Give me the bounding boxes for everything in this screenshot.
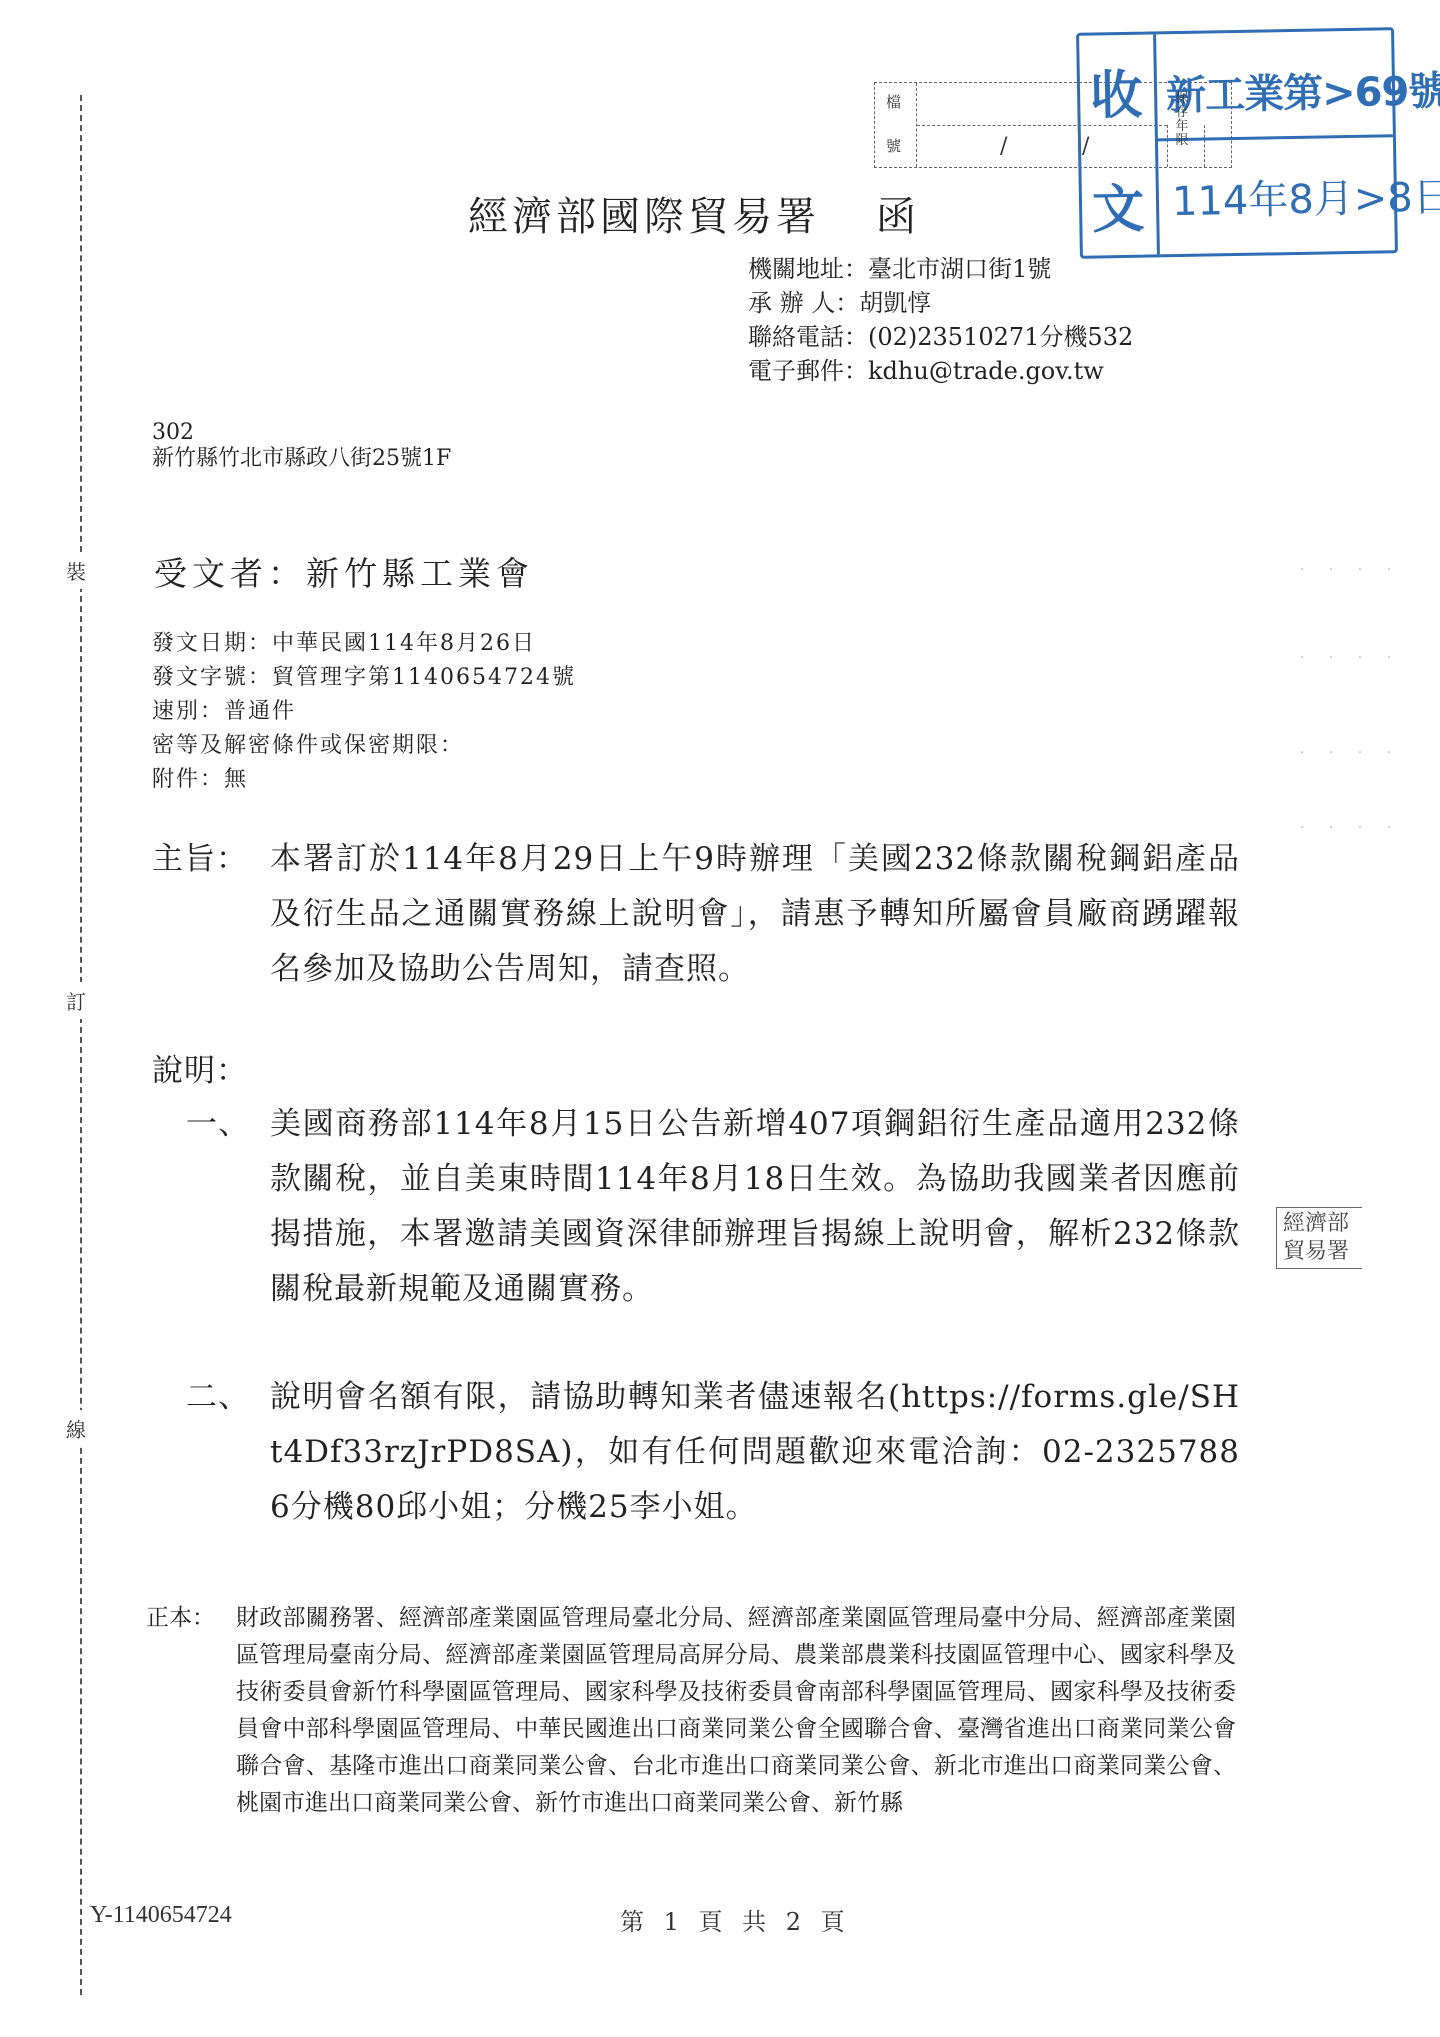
stamp-char-document: 文: [1091, 167, 1144, 243]
sender-email-value: kdhu@trade.gov.tw: [868, 357, 1104, 385]
meta-value: 中華民國114年8月26日: [272, 631, 536, 656]
stamp-divider: [1158, 134, 1393, 141]
scan-marks: · · · ·: [1300, 562, 1401, 578]
file-label-bottom: 號: [886, 135, 901, 156]
retention-label: 保存年限: [1172, 92, 1192, 148]
sender-phone-value: (02)23510271分機532: [868, 323, 1133, 351]
item-number: 一、: [186, 1097, 250, 1152]
item-number: 二、: [186, 1370, 250, 1425]
received-stamp: 收 文 新工業第>69號 114年8月>8日: [1076, 27, 1398, 259]
explanation-item-2: 二、 說明會名額有限，請協助轉知業者儘速報名(https://forms.gle…: [186, 1370, 1246, 1535]
recipient-address: 302 新竹縣竹北市縣政八街25號1F: [152, 420, 451, 472]
recipient-name: 新竹縣工業會: [306, 554, 534, 593]
meta-label: 附件：: [152, 767, 224, 792]
meta-doc-number: 發文字號：貿管理字第1140654724號: [152, 661, 576, 695]
meta-label: 發文日期：: [152, 631, 272, 656]
recipient: 受文者：新竹縣工業會: [154, 548, 534, 595]
postal-code: 302: [152, 420, 451, 446]
sender-address-row: 機關地址：臺北市湖口街1號: [748, 252, 1133, 286]
recipient-label: 受文者：: [154, 554, 306, 593]
meta-value: 普通件: [224, 699, 296, 724]
stamp-char-receive: 收: [1089, 53, 1142, 129]
file-label-top: 檔: [886, 91, 901, 112]
footer-page-info: 第 1 頁 共 2 頁: [620, 1902, 851, 1937]
document-type: 函: [876, 194, 920, 240]
meta-urgency: 速別：普通件: [152, 695, 576, 729]
file-number-label-column: 檔 號: [875, 83, 917, 167]
document-title: 經濟部國際貿易署函: [468, 185, 920, 242]
footer-document-code: Y-1140654724: [90, 1902, 232, 1929]
sender-email-row: 電子郵件：kdhu@trade.gov.tw: [748, 354, 1133, 388]
scan-marks: · · · ·: [1300, 820, 1401, 836]
side-seal-line-1: 經濟部: [1283, 1210, 1362, 1238]
binding-char-xian: 線: [66, 1410, 86, 1447]
subject-section: 主旨： 本署訂於114年8月29日上午9時辦理「美國232條款關稅鋼鋁產品及衍生…: [152, 832, 1242, 997]
meta-label: 發文字號：: [152, 665, 272, 690]
agency-name: 經濟部國際貿易署: [468, 194, 820, 240]
stamp-received-number: 新工業第>69號: [1166, 59, 1440, 121]
stamp-received-date: 114年8月>8日: [1171, 165, 1440, 227]
copies-label: 正本：: [146, 1600, 215, 1637]
meta-confidentiality: 密等及解密條件或保密期限：: [152, 729, 576, 763]
meta-issue-date: 發文日期：中華民國114年8月26日: [152, 627, 576, 661]
scan-marks: · · · ·: [1300, 745, 1401, 761]
sender-handler-value: 胡凱惇: [859, 289, 931, 317]
file-slash-1: /: [1000, 134, 1007, 159]
subject-text: 本署訂於114年8月29日上午9時辦理「美國232條款關稅鋼鋁產品及衍生品之通關…: [270, 832, 1240, 997]
meta-label: 密等及解密條件或保密期限：: [152, 733, 464, 758]
item-text: 美國商務部114年8月15日公告新增407項鋼鋁衍生產品適用232條款關稅，並自…: [270, 1097, 1240, 1317]
binding-dashed-line: [80, 95, 82, 1995]
document-meta: 發文日期：中華民國114年8月26日 發文字號：貿管理字第1140654724號…: [152, 627, 576, 797]
address-line: 新竹縣竹北市縣政八街25號1F: [152, 446, 451, 472]
sender-phone-label: 聯絡電話：: [748, 323, 868, 351]
subject-label: 主旨：: [152, 832, 248, 887]
meta-value: 無: [224, 767, 248, 792]
meta-attachment: 附件：無: [152, 763, 576, 797]
sender-handler-row: 承 辦 人：胡凱惇: [748, 286, 1133, 320]
explanation-item-1: 一、 美國商務部114年8月15日公告新增407項鋼鋁衍生產品適用232條款關稅…: [186, 1097, 1246, 1317]
item-text: 說明會名額有限，請協助轉知業者儘速報名(https://forms.gle/SH…: [270, 1370, 1240, 1535]
meta-label: 速別：: [152, 699, 224, 724]
explanation-label: 說明：: [152, 1045, 248, 1090]
copies-section: 正本： 財政部關務署、經濟部產業園區管理局臺北分局、經濟部產業園區管理局臺中分局…: [146, 1600, 1246, 1822]
sender-email-label: 電子郵件：: [748, 357, 868, 385]
sender-phone-row: 聯絡電話：(02)23510271分機532: [748, 320, 1133, 354]
copies-text: 財政部關務署、經濟部產業園區管理局臺北分局、經濟部產業園區管理局臺中分局、經濟部…: [236, 1600, 1236, 1822]
sender-address-value: 臺北市湖口街1號: [868, 255, 1051, 283]
binding-char-ding: 訂: [66, 982, 86, 1019]
binding-char-zhuang: 裝: [66, 552, 86, 589]
sender-handler-label: 承 辦 人：: [748, 289, 859, 317]
sender-info: 機關地址：臺北市湖口街1號 承 辦 人：胡凱惇 聯絡電話：(02)2351027…: [748, 252, 1133, 388]
side-seal-line-2: 貿易署: [1283, 1238, 1362, 1266]
meta-value: 貿管理字第1140654724號: [272, 665, 576, 690]
scan-marks: · · · ·: [1300, 650, 1401, 666]
side-seal: 經濟部 貿易署: [1276, 1207, 1362, 1269]
sender-address-label: 機關地址：: [748, 255, 868, 283]
